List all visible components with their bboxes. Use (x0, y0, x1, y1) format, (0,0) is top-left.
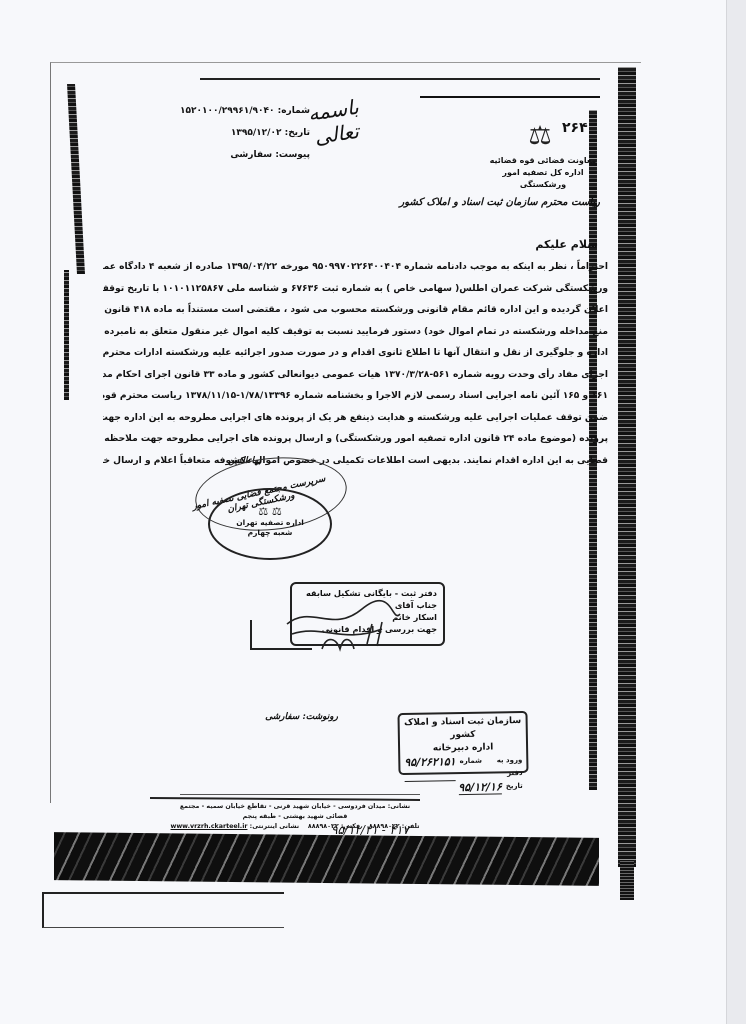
scan-artifact-bar-right (618, 67, 636, 867)
letter-attachment: پیوست: سفارشی (140, 144, 310, 166)
scales-of-justice-emblem-icon: ⚖ (525, 116, 555, 156)
footer-website-label: نشانی اینترنتی: (250, 823, 299, 830)
letter-date: تاریخ: ۱۳۹۵/۱۲/۰۲ (140, 122, 310, 144)
organization-line-2: اداره کل تصفیه امور ورشکستگی (478, 167, 608, 191)
body-line: ۱۶۱ و ۱۶۵ آئین نامه اجرایی اسناد رسمی لا… (103, 386, 608, 408)
footer-website-link[interactable]: www.vrzrh.ckarteel.ir (171, 823, 248, 830)
body-line: اجرای مفاد رأی وحدت رویه شماره ۵۶۱-۱۳۷۰/… (103, 365, 608, 387)
body-line: ضمن توقف عملیات اجرایی علیه ورشکسته و هد… (103, 408, 608, 430)
copy-frame-top-rule-2 (420, 96, 600, 98)
scan-artifact-box-bottom (42, 892, 284, 928)
recipient-line: ریاست محترم سازمان ثبت اسناد و املاک کشو… (280, 197, 600, 208)
scan-edge-strip (726, 0, 746, 1024)
seal-line-2: شعبه چهارم (210, 528, 330, 538)
letter-number: شماره: ۱۵۲۰۱۰۰/۲۹۹۶۱/۹۰۴۰ (140, 100, 310, 122)
registry-stamp: سازمان ثبت اسناد و املاک کشور اداره دبیر… (397, 711, 528, 775)
registry-date-row: تاریخ ۹۵/۱۲/۱۶ (405, 780, 523, 796)
footer-address: نشانی: میدان فردوسی - خیابان شهید قرنی -… (170, 802, 420, 822)
scan-artifact-bar-left-2 (64, 270, 69, 400)
body-line: احتراماً ، نظر به اینکه به موجب دادنامه … (103, 257, 608, 279)
body-line: پرونده (موضوع ماده ۲۴ قانون اداره تصفیه … (103, 429, 608, 451)
greeting: سلام علیکم (420, 238, 598, 251)
registry-date: ۹۵/۱۲/۱۶ (458, 780, 502, 795)
registry-stamp-org: سازمان ثبت اسناد و املاک کشور (404, 715, 522, 743)
letter-body: احتراماً ، نظر به اینکه به موجب دادنامه … (103, 257, 608, 472)
registry-number: ۹۵/۲۶۲۱۵۱ (404, 755, 456, 782)
letter-meta: شماره: ۱۵۲۰۱۰۰/۲۹۹۶۱/۹۰۴۰ تاریخ: ۱۳۹۵/۱۲… (140, 100, 310, 166)
handwritten-reference-number: ۹۵/۱۲/۲۱ - ۴۱۷ (305, 823, 435, 837)
footer-rule-thin (180, 794, 420, 795)
body-line: منع مداخله ورشکسته در تمام اموال خود) دس… (103, 322, 608, 344)
scan-artifact-bar-bottom (54, 832, 599, 886)
organization-line-1: معاونت قضائی قوه قضائیه (478, 155, 608, 167)
copy-frame-top-rule (200, 78, 600, 80)
seal-line-1: اداره تصفیه تهران (210, 518, 330, 528)
body-line: اعلان گردیده و این اداره قائم مقام قانون… (103, 300, 608, 322)
copy-note: رونوشت: سفارشی (258, 712, 338, 722)
official-seal: ⚖ ⚖ اداره تصفیه تهران شعبه چهارم (208, 488, 332, 560)
body-line: ورشکستگی شرکت عمران اطلس( سهامی خاص ) به… (103, 279, 608, 301)
corner-mark: ۲۶۴ (562, 120, 588, 136)
scales-seal-icon: ⚖ ⚖ (210, 506, 330, 518)
organization-name: معاونت قضائی قوه قضائیه اداره کل تصفیه ا… (478, 155, 608, 191)
scan-artifact-stack (620, 860, 634, 900)
handwritten-scribble-icon (282, 594, 402, 652)
registry-number-row: ورود به دفتر شماره ۹۵/۲۶۲۱۵۱ (404, 754, 522, 782)
body-line: اداره و جلوگیری از نقل و انتقال آنها تا … (103, 343, 608, 365)
referral-stamp: دفتر ثبت - بایگانی تشکیل سابقه جناب آقای… (290, 582, 445, 646)
body-line: قضایی به این اداره اقدام نمایند. بدیهی ا… (103, 451, 608, 473)
